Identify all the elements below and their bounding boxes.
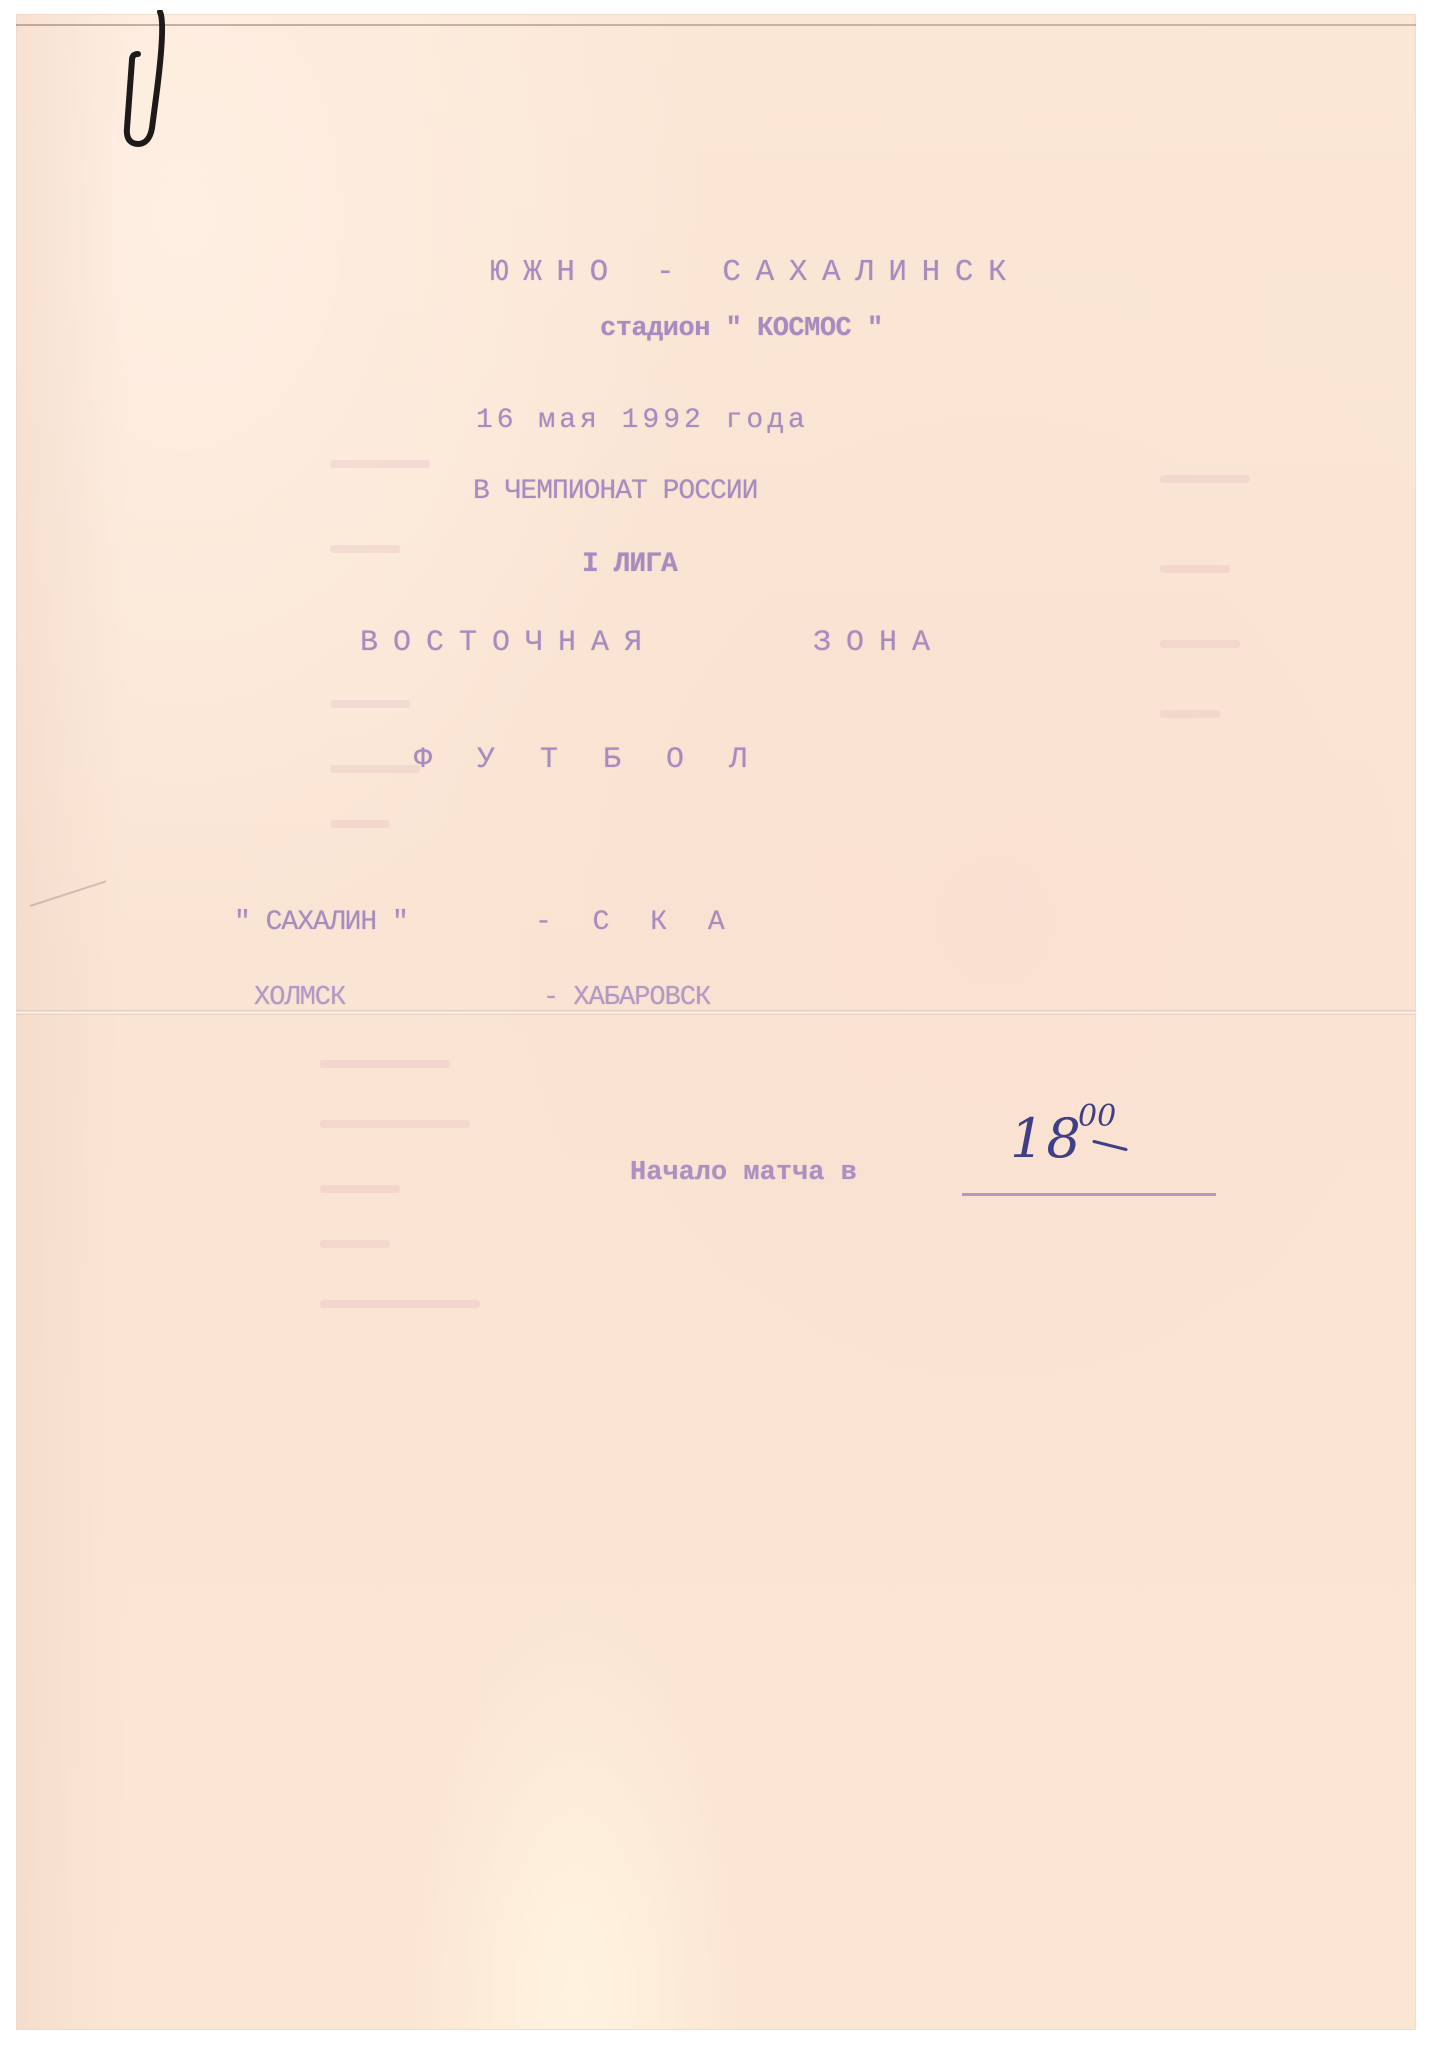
kickoff-time-blank-line bbox=[962, 1193, 1216, 1196]
league-name: I ЛИГА bbox=[582, 551, 677, 579]
bleed-through-mark bbox=[330, 820, 390, 828]
bleed-through-mark bbox=[1160, 640, 1240, 648]
match-date: 16 мая 1992 года bbox=[476, 407, 809, 435]
kickoff-minutes-handwritten: 00 bbox=[1078, 1102, 1116, 1132]
kickoff-label: Начало матча в bbox=[630, 1160, 857, 1187]
away-team-city: - ХАБАРОВСК bbox=[543, 985, 710, 1012]
bleed-through-mark bbox=[320, 1120, 470, 1128]
paper-shadow bbox=[16, 14, 126, 2030]
home-team: " САХАЛИН " bbox=[234, 909, 408, 937]
home-team-city: ХОЛМСК bbox=[254, 985, 345, 1012]
bleed-through-mark bbox=[1160, 710, 1220, 718]
stadium-name: стадион " КОСМОС " bbox=[600, 316, 883, 343]
competition-name: В ЧЕМПИОНАТ РОССИИ bbox=[473, 478, 757, 506]
bleed-through-mark bbox=[330, 765, 420, 773]
bleed-through-mark bbox=[330, 545, 400, 553]
bleed-through-mark bbox=[1160, 565, 1230, 573]
bleed-through-mark bbox=[320, 1060, 450, 1068]
bleed-through-mark bbox=[320, 1300, 480, 1308]
bleed-through-mark bbox=[330, 460, 430, 468]
city-title: ЮЖНО - САХАЛИНСК bbox=[490, 257, 1021, 288]
sport-title: ФУТБОЛ bbox=[414, 745, 792, 775]
zone-word-zone: ЗОНА bbox=[813, 628, 945, 658]
kickoff-hours-handwritten: 18 bbox=[1010, 1112, 1083, 1166]
paperclip-icon bbox=[112, 10, 172, 150]
bleed-through-mark bbox=[330, 700, 410, 708]
horizontal-fold-line bbox=[16, 1010, 1416, 1015]
top-edge-crease bbox=[16, 24, 1416, 26]
bleed-through-mark bbox=[320, 1240, 390, 1248]
bleed-through-mark bbox=[1160, 475, 1250, 483]
bleed-through-mark bbox=[320, 1185, 400, 1193]
away-team: - С К А bbox=[535, 909, 737, 937]
zone-word-east: ВОСТОЧНАЯ bbox=[360, 628, 657, 658]
